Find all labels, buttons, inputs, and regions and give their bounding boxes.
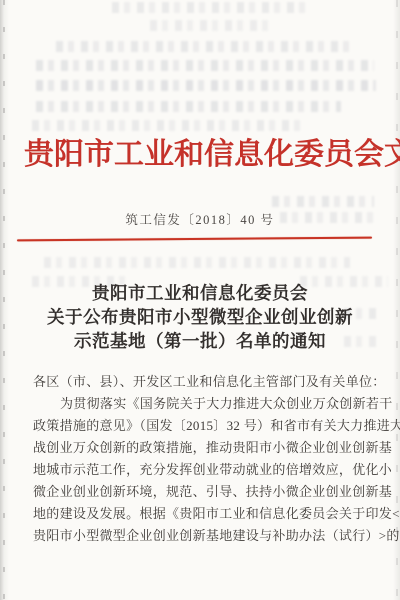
bleedthrough-text-row — [32, 120, 307, 131]
bleedthrough-text-row — [272, 196, 374, 207]
document-title: 贵阳市工业和信息化委员会 关于公布贵阳市小型微型企业创业创新 示范基地（第一批）… — [0, 281, 400, 353]
document-title-line: 示范基地（第一批）名单的通知 — [0, 329, 400, 353]
body-text-line: 微企业创业创新环境，规范、引导、扶持小微企业创业创新基 — [33, 481, 387, 503]
bleedthrough-text-row — [44, 257, 350, 268]
document-title-line: 关于公布贵阳市小型微型企业创业创新 — [0, 305, 400, 329]
salutation-line: 各区（市、县）、开发区工业和信息化主管部门及有关单位： — [33, 371, 387, 393]
document-number: 筑工信发〔2018〕40 号 — [0, 210, 400, 228]
document-body: 为贯彻落实《国务院关于大力推进大众创业万众创新若干 政策措施的意见》（国发〔20… — [33, 393, 387, 547]
body-text-line: 地城市示范工作，充分发挥创业带动就业的倍增效应，优化小 — [33, 459, 387, 481]
red-divider-line — [17, 237, 372, 242]
bleedthrough-text-row — [36, 60, 374, 71]
bleedthrough-text-row — [56, 41, 356, 52]
body-text-line: 贵阳市小型微型企业创业创新基地建设与补助办法（试行）>的 — [33, 525, 387, 547]
bleedthrough-text-row — [36, 80, 376, 91]
bleedthrough-text-row — [112, 2, 312, 13]
document-title-line: 贵阳市工业和信息化委员会 — [0, 281, 400, 305]
scanned-document-page: 贵阳市工业和信息化委员会文件 筑工信发〔2018〕40 号 贵阳市工业和信息化委… — [0, 0, 400, 600]
document-header-title: 贵阳市工业和信息化委员会文件 — [24, 131, 376, 179]
body-text-line: 地的建设及发展。根据《贵阳市工业和信息化委员会关于印发< — [33, 503, 387, 525]
bleedthrough-text-row — [150, 20, 268, 31]
body-text-line: 为贯彻落实《国务院关于大力推进大众创业万众创新若干 — [33, 393, 387, 415]
body-text-line: 战创业万众创新的政策措施，推动贵阳市小微企业创业创新基 — [33, 437, 387, 459]
bleedthrough-text-row — [36, 101, 341, 112]
body-text-line: 政策措施的意见》（国发〔2015〕32 号）和省市有关大力推进大 — [33, 415, 387, 437]
